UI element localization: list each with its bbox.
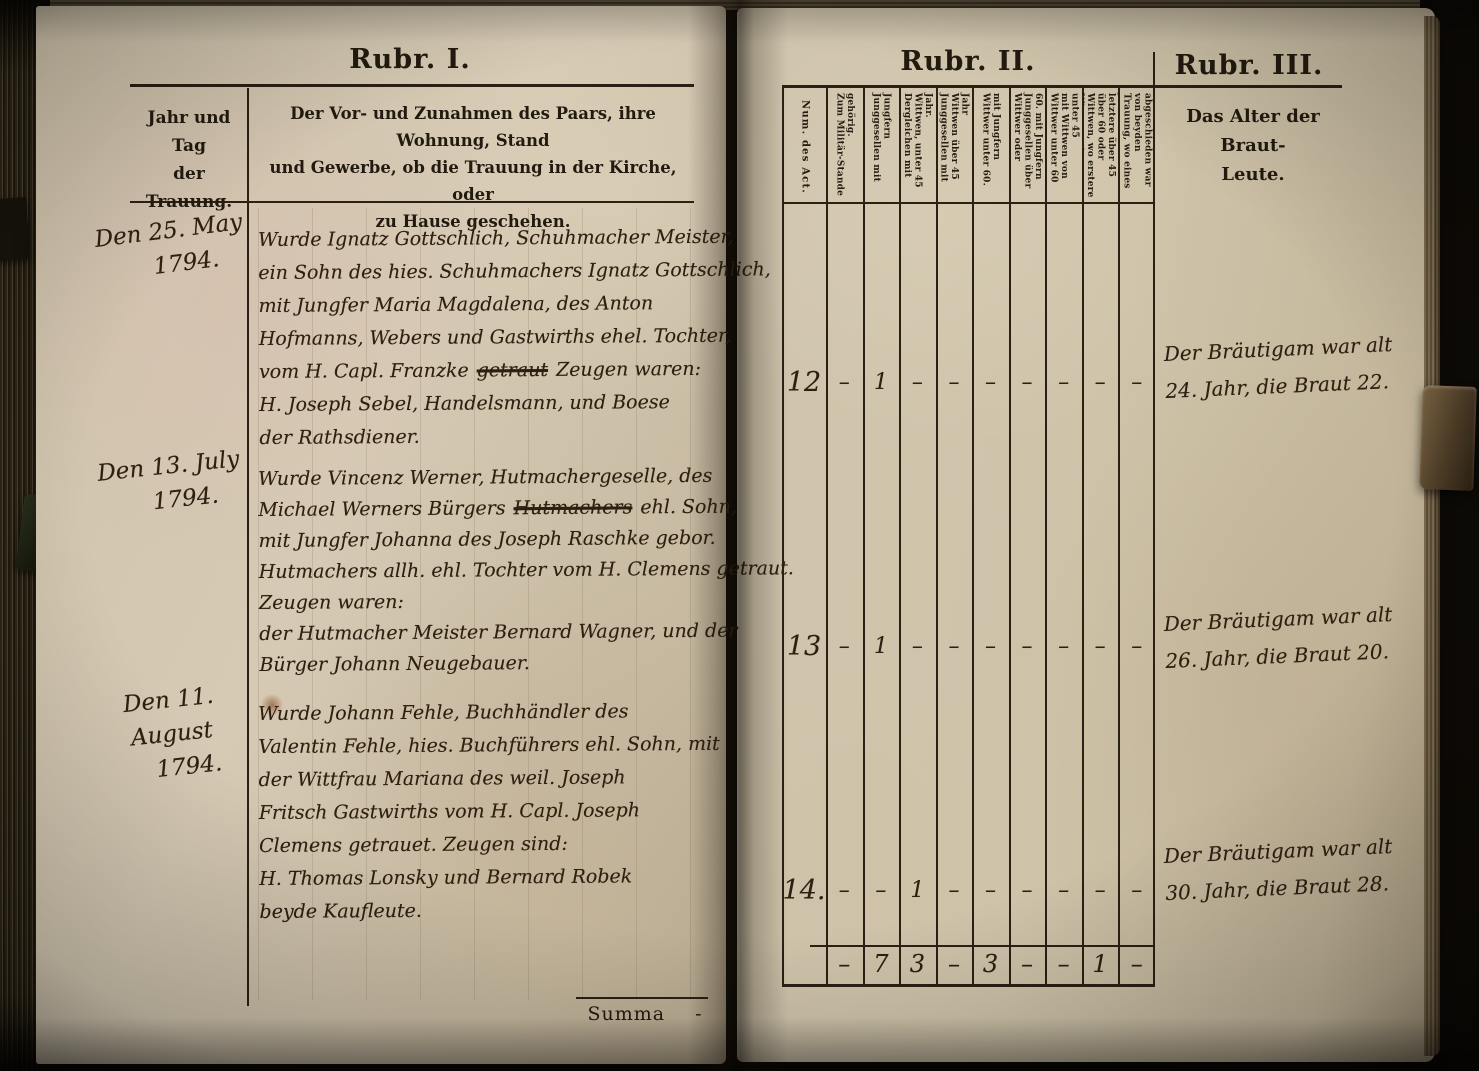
entry-line: Valentin Fehle, hies. Buchführers ehl. S… [258,728,732,764]
column-header-text: Dergleichen mit Wittwen, unter 45 Jahr. [902,93,934,200]
column-header-text: Trauung, wo eines von beyden abgeschiede… [1121,93,1153,200]
struck-word: Hutmachers [514,496,633,519]
tally-cell: 1 [899,878,936,903]
summary-cell: 1 [1082,950,1119,978]
act-number: 12 [782,367,826,398]
summary-cell: – [1118,950,1155,978]
age-note: Der Bräutigam war alt 24. Jahr, die Brau… [1163,324,1446,410]
column-line [899,88,901,986]
summary-cell: 3 [899,950,936,978]
rubric-3-title: Rubr. III. [1163,50,1335,81]
tally-cell: – [1045,370,1082,395]
leather-clasp [1419,385,1477,491]
age-note: Der Bräutigam war alt 26. Jahr, die Brau… [1163,594,1446,680]
rubric-3-header-line: Leute. [1162,160,1344,189]
tally-cell: – [1118,370,1155,395]
entry-line-part: Zeugen waren: [556,358,701,381]
entry-line: H. Thomas Lonsky und Bernard Robek [259,860,733,896]
column-header-cell: Dergleichen mit Wittwen, unter 45 Jahr. [899,90,936,200]
entry-line: Bürger Johann Neugebauer. [259,647,733,681]
entry-line: Hofmanns, Webers und Gastwirths ehel. To… [259,320,733,356]
entry-line: mit Jungfer Johanna des Joseph Raschke g… [258,523,732,557]
tally-cell: – [899,370,936,395]
tally-cell: – [1009,370,1046,395]
date-header-line: Jahr und Tag [130,104,248,160]
date-column-header: Jahr und Tag der Trauung. [130,104,248,216]
entry-line-part: Michael Werners Bürgers [258,497,505,521]
column-header-cell: Wittwer oder Junggesellen über 60. mit J… [1009,90,1046,200]
tally-cell: – [826,878,863,903]
entry-line-part: ehl. Sohn, [640,496,737,519]
summa-dash: - [695,1003,702,1025]
right-top-rule [782,85,1342,88]
summa-text: Summa [587,1003,665,1025]
column-header-text: Num. des Act. [799,100,810,194]
age-note: Der Bräutigam war alt 30. Jahr, die Brau… [1163,826,1446,912]
date-header-line: der [130,160,248,188]
rubric-2-title: Rubr. II. [878,46,1058,77]
rubric-3-header: Das Alter der Braut- Leute. [1162,102,1344,189]
entry-line: Michael Werners BürgersHutmachersehl. So… [258,492,732,526]
tally-cell: – [972,878,1009,903]
summa-rule [576,997,708,999]
tally-row: 13 – 1 – – – – – – – [782,620,1155,672]
column-header-text: Wittwer mit Wittwen, wo erstere über 60 … [1082,93,1119,200]
column-line [826,88,828,986]
right-header-bottom-rule [782,202,1155,204]
column-header-cell: Trauung, wo eines von beyden abgeschiede… [1118,90,1155,200]
tally-cell: – [1118,878,1155,903]
names-header-line: und Gewerbe, ob die Trauung in der Kirch… [256,154,690,208]
names-column-header: Der Vor- und Zunahmen des Paars, ihre Wo… [256,100,690,235]
tally-row: 14. – – 1 – – – – – – [782,864,1155,916]
tally-cell: – [1082,878,1119,903]
column-line [1045,88,1047,986]
entry-text: Wurde Vincenz Werner, Hutmachergeselle, … [258,461,734,681]
tally-cell: – [936,370,973,395]
entry-date: Den 11. August 1794. [86,675,258,793]
summary-cell: – [826,950,863,978]
column-header-text: Junggesellen mit Jungfern [870,93,891,200]
summary-cell: 3 [972,950,1009,978]
entry-line-part: vom H. Capl. Franzke [259,360,469,383]
column-header-cell: Wittwer mit Wittwen, wo erstere über 60 … [1082,90,1119,200]
tally-cell: – [1082,370,1119,395]
names-header-line: Der Vor- und Zunahmen des Paars, ihre Wo… [256,100,690,154]
entry-line: Zeugen waren: [259,585,733,619]
column-header-cell: Num. des Act. [782,90,826,200]
rubric-2-column-headers: Num. des Act. Zum Militär-Stande gehörig… [782,90,1155,200]
tally-cell: – [863,878,900,903]
tally-cell: – [1118,634,1155,659]
column-header-text: Junggesellen mit Wittwen über 45 Jahr [938,93,970,200]
column-header-cell: Junggesellen mit Jungfern [863,90,900,200]
act-number: 14. [782,875,826,906]
tally-cell: – [1082,634,1119,659]
act-number: 13 [782,631,826,662]
entry-line: Wurde Johann Fehle, Buchhändler des [258,695,732,731]
column-line [782,88,784,986]
column-header-cell: Wittwer unter 60 mit Wittwen von unter 4… [1045,90,1082,200]
struck-word: getraut [477,359,548,381]
column-line [936,88,938,986]
entry-line: der Wittfrau Mariana des weil. Joseph [258,761,732,797]
entry-line: Wurde Ignatz Gottschlich, Schuhmacher Me… [258,221,732,257]
entry-line: Fritsch Gastwirths vom H. Capl. Joseph [259,794,733,830]
rubric-1-title: Rubr. I. [300,44,520,75]
column-header-text: Wittwer oder Junggesellen über 60. mit J… [1011,93,1043,200]
entry-line: Wurde Vincenz Werner, Hutmachergeselle, … [258,461,732,495]
summary-row: – 7 3 – 3 – – 1 – [782,944,1155,984]
column-header-text: Wittwer unter 60. mit Jungfern [980,93,1001,200]
entry-line: Hutmachers allh. ehl. Tochter vom H. Cle… [259,554,733,588]
entry-text: Wurde Johann Fehle, Buchhändler des Vale… [258,695,734,929]
rubric-1-underline [130,84,694,87]
entry-line: mit Jungfer Maria Magdalena, des Anton [258,287,732,323]
column-header-cell: Junggesellen mit Wittwen über 45 Jahr [936,90,973,200]
entry-line: der Hutmacher Meister Bernard Wagner, un… [259,616,733,650]
column-header-cell: Zum Militär-Stande gehörig. [826,90,863,200]
tally-cell: – [972,370,1009,395]
column-line [972,88,974,986]
entry-line: der Rathsdiener. [259,419,733,455]
entry-line: vom H. Capl. FranzkegetrautZeugen waren: [259,353,733,389]
table-bottom-rule [782,984,1155,987]
tally-cell: – [899,634,936,659]
column-header-text: Zum Militär-Stande gehörig. [834,93,855,200]
entry-date-line: Den 11. August [122,683,215,752]
column-header-cell: Wittwer unter 60. mit Jungfern [972,90,1009,200]
entry-line: Clemens getrauet. Zeugen sind: [259,827,733,863]
tally-cell: 1 [863,370,900,395]
summary-cell: – [936,950,973,978]
rubric-3-header-line: Das Alter der Braut- [1162,102,1344,160]
tally-cell: – [1009,878,1046,903]
tally-cell: – [936,634,973,659]
summary-cell: 7 [863,950,900,978]
marriage-register-photo: Rubr. I. Jahr und Tag der Trauung. Der V… [0,0,1479,1071]
tally-cell: – [936,878,973,903]
column-line [1082,88,1084,986]
entry-line: beyde Kaufleute. [259,893,733,929]
column-header-text: Wittwer unter 60 mit Wittwen von unter 4… [1048,93,1080,200]
tally-cell: – [1009,634,1046,659]
bookmark-tab-small [0,197,30,261]
column-line [863,88,865,986]
tally-cell: – [1045,878,1082,903]
tally-cell: – [1045,634,1082,659]
column-line [1009,88,1011,986]
tally-cell: 1 [863,634,900,659]
tally-cell: – [826,370,863,395]
summa-label: Summa - [560,1003,730,1025]
tally-cell: – [826,634,863,659]
summary-cell: – [1045,950,1082,978]
column-line [1118,88,1120,986]
summary-cell: – [1009,950,1046,978]
entry-text: Wurde Ignatz Gottschlich, Schuhmacher Me… [258,221,734,455]
entry-line: ein Sohn des hies. Schuhmachers Ignatz G… [258,254,732,290]
entry-line: H. Joseph Sebel, Handelsmann, und Boese [259,386,733,422]
tally-row: 12 – 1 – – – – – – – [782,356,1155,408]
tally-cell: – [972,634,1009,659]
